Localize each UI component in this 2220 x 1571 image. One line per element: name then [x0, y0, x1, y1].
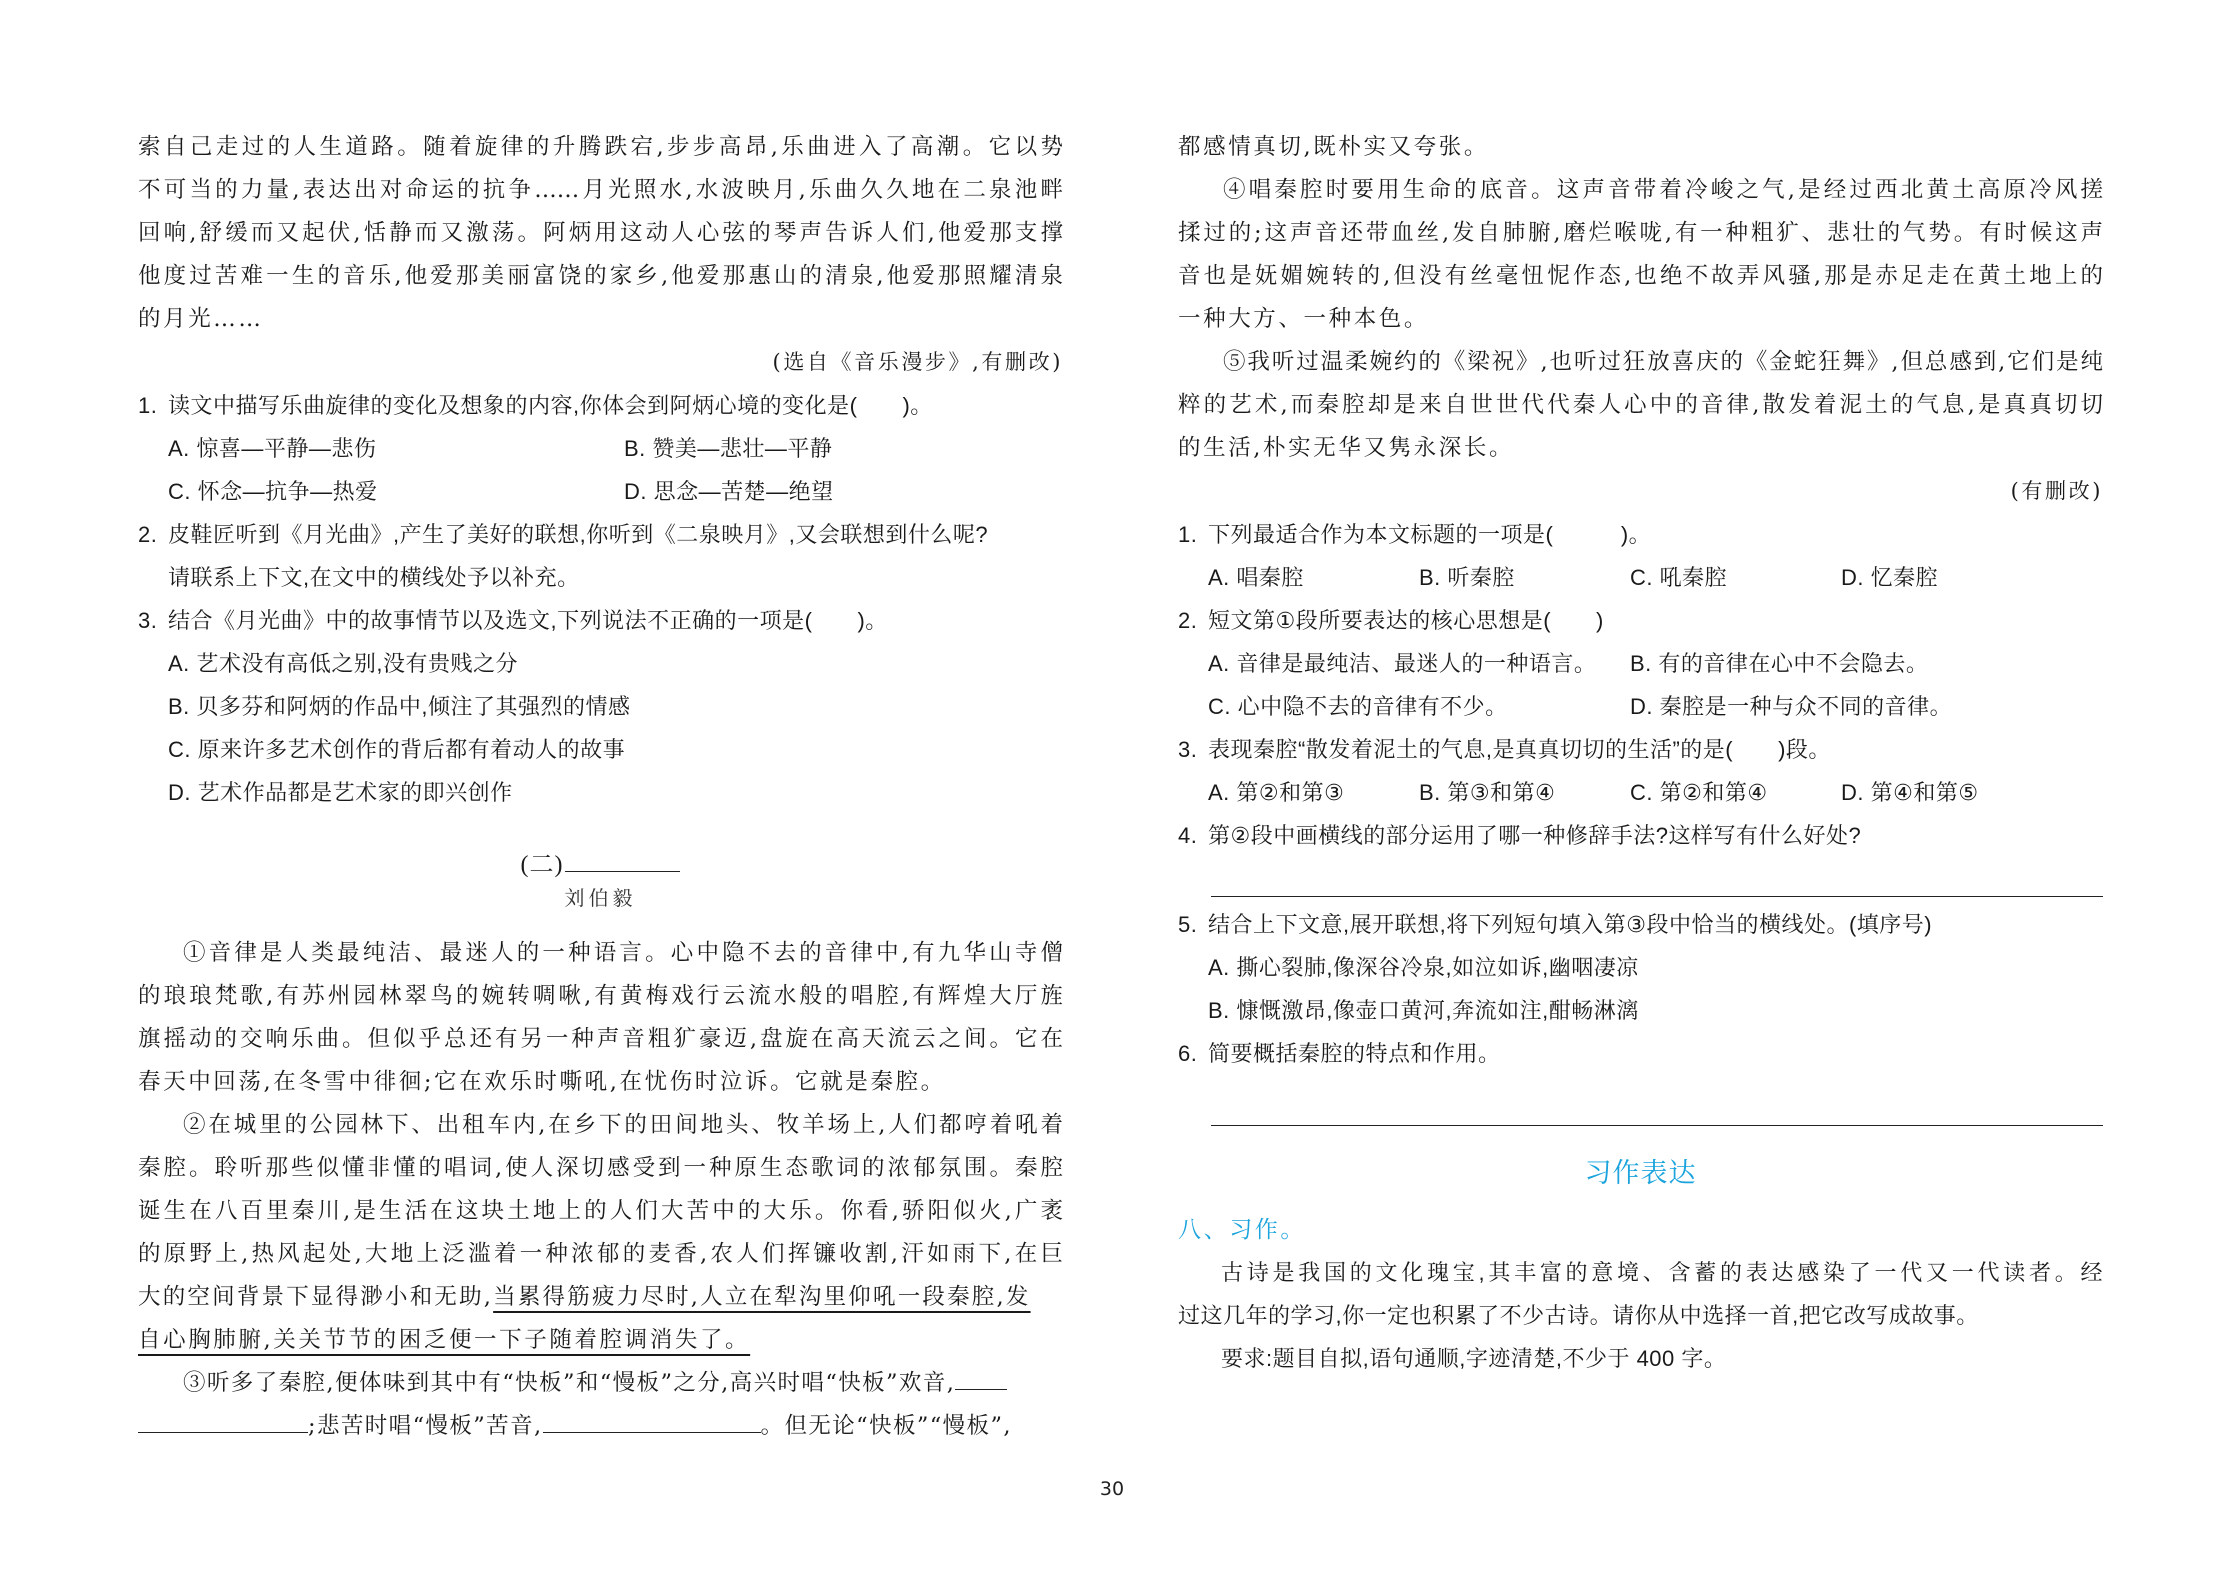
question-text: 下列最适合作为本文标题的一项是( )。 [1208, 522, 1651, 547]
paragraph-2-line: 的原野上,热风起处,大地上泛滥着一种浓郁的麦香,农人们挥镰收割,汗如雨下,在巨 [138, 1233, 1063, 1276]
question-5: 5.结合上下文意,展开联想,将下列短句填入第③段中恰当的横线处。(填序号) [1178, 903, 2103, 946]
passage-line: 回响,舒缓而又起伏,恬静而又激荡。阿炳用这动人心弦的琴声告诉人们,他爱那支撑 [138, 212, 1063, 255]
option-a[interactable]: A. 第②和第③ [1208, 771, 1419, 814]
source-citation: (选自《音乐漫步》,有删改) [138, 341, 1063, 384]
paragraph-5-line: ⑤我听过温柔婉约的《梁祝》,也听过狂放喜庆的《金蛇狂舞》,但总感到,它们是纯 [1178, 341, 2103, 384]
option-a[interactable]: A. 艺术没有高低之别,没有贵贱之分 [138, 642, 1063, 685]
paragraph-2-line: 诞生在八百里秦川,是生活在这块土地上的人们大苦中的大乐。你看,骄阳似火,广袤 [138, 1190, 1063, 1233]
option-c[interactable]: C. 原来许多艺术创作的背后都有着动人的故事 [138, 728, 1063, 771]
section-number: (二) [521, 852, 564, 878]
paragraph-4-line: 一种大方、一种本色。 [1178, 298, 2103, 341]
option-b[interactable]: B. 听秦腔 [1419, 556, 1630, 599]
option-c[interactable]: C. 吼秦腔 [1630, 556, 1841, 599]
question-text: 皮鞋匠听到《月光曲》,产生了美好的联想,你听到《二泉映月》,又会联想到什么呢? [168, 522, 988, 547]
options-row: A. 第②和第③ B. 第③和第④ C. 第②和第④ D. 第④和第⑤ [1178, 771, 2103, 814]
option-a[interactable]: A. 音律是最纯洁、最迷人的一种语言。 [1208, 642, 1630, 685]
question-2: 2.皮鞋匠听到《月光曲》,产生了美好的联想,你听到《二泉映月》,又会联想到什么呢… [138, 513, 1063, 556]
paragraph-5-line: 粹的艺术,而秦腔却是来自世世代代秦人心中的音律,散发着泥土的气息,是真真切切 [1178, 384, 2103, 427]
option-c[interactable]: C. 怀念—抗争—热爱 [168, 470, 624, 513]
option-a[interactable]: A. 唱秦腔 [1208, 556, 1419, 599]
author-name: 刘伯毅 [138, 880, 1063, 932]
writing-task-label: 八、习作。 [1178, 1208, 2103, 1251]
paragraph-4-line: 音也是妩媚婉转的,但没有丝毫忸怩作态,也绝不故弄风骚,那是赤足走在黄土地上的 [1178, 255, 2103, 298]
question-2: 2.短文第①段所要表达的核心思想是( ) [1178, 599, 2103, 642]
option-b[interactable]: B. 贝多芬和阿炳的作品中,倾注了其强烈的情感 [138, 685, 1063, 728]
left-column: 索自己走过的人生道路。随着旋律的升腾跌宕,步步高昂,乐曲进入了高潮。它以势 不可… [138, 126, 1063, 1448]
source-citation: (有删改) [1178, 470, 2103, 513]
question-6: 6.简要概括秦腔的特点和作用。 [1178, 1032, 2103, 1075]
question-3: 3.表现秦腔“散发着泥土的气息,是真真切切的生活”的是( )段。 [1178, 728, 2103, 771]
paragraph-4-line: ④唱秦腔时要用生命的底音。这声音带着冷峻之气,是经过西北黄土高原冷风搓 [1178, 169, 2103, 212]
option-a[interactable]: A. 惊喜—平静—悲伤 [168, 427, 624, 470]
option-d[interactable]: D. 秦腔是一种与众不同的音律。 [1630, 685, 1952, 728]
fill-blank-1b[interactable] [138, 1406, 308, 1433]
question-text: 读文中描写乐曲旋律的变化及想象的内容,你体会到阿炳心境的变化是( )。 [168, 393, 933, 418]
paragraph-2-line: 秦腔。聆听那些似懂非懂的唱词,使人深切感受到一种原生态歌词的浓郁氛围。秦腔 [138, 1147, 1063, 1190]
option-d[interactable]: D. 思念—苦楚—绝望 [624, 470, 834, 513]
paragraph-1-line: 春天中回荡,在冬雪中徘徊;它在欢乐时嘶吼,在忧伤时泣诉。它就是秦腔。 [138, 1061, 1063, 1104]
options-row: A. 音律是最纯洁、最迷人的一种语言。 B. 有的音律在心中不会隐去。 [1178, 642, 2103, 685]
question-4: 4.第②段中画横线的部分运用了哪一种修辞手法?这样写有什么好处? [1178, 814, 2103, 857]
question-text: 结合《月光曲》中的故事情节以及选文,下列说法不正确的一项是( )。 [168, 608, 888, 633]
section-heading-writing: 习作表达 [1178, 1154, 2103, 1208]
option-a[interactable]: A. 撕心裂肺,像深谷冷泉,如泣如诉,幽咽凄凉 [1178, 946, 2103, 989]
writing-prompt-line: 过这几年的学习,你一定也积累了不少古诗。请你从中选择一首,把它改写成故事。 [1178, 1294, 2103, 1337]
question-1: 1.读文中描写乐曲旋律的变化及想象的内容,你体会到阿炳心境的变化是( )。 [138, 384, 1063, 427]
underlined-sentence: 当累得筋疲力尽时,人立在犁沟里仰吼一段秦腔,发 [493, 1284, 1030, 1310]
question-text: 简要概括秦腔的特点和作用。 [1208, 1041, 1501, 1066]
passage-line: 他度过苦难一生的音乐,他爱那美丽富饶的家乡,他爱那惠山的清泉,他爱那照耀清泉 [138, 255, 1063, 298]
paragraph-3-tail: 都感情真切,既朴实又夸张。 [1178, 126, 2103, 169]
paragraph-5-line: 的生活,朴实无华又隽永深长。 [1178, 427, 2103, 470]
option-c[interactable]: C. 心中隐不去的音律有不少。 [1208, 685, 1630, 728]
question-2-continued: 请联系上下文,在文中的横线处予以补充。 [138, 556, 1063, 599]
writing-prompt-line: 古诗是我国的文化瑰宝,其丰富的意境、含蓄的表达感染了一代又一代读者。经 [1178, 1251, 2103, 1294]
paragraph-2-line: ②在城里的公园林下、出租车内,在乡下的田间地头、牧羊场上,人们都哼着吼着 [138, 1104, 1063, 1147]
page-number: 30 [1097, 1478, 1127, 1500]
options-row: A. 唱秦腔 B. 听秦腔 C. 吼秦腔 D. 忆秦腔 [1178, 556, 2103, 599]
paragraph-3-line: ③听多了秦腔,便体味到其中有“快板”和“慢板”之分,高兴时唱“快板”欢音, [138, 1362, 1063, 1405]
option-c[interactable]: C. 第②和第④ [1630, 771, 1841, 814]
passage-line: 的月光…… [138, 298, 1063, 341]
question-3: 3.结合《月光曲》中的故事情节以及选文,下列说法不正确的一项是( )。 [138, 599, 1063, 642]
question-text: 表现秦腔“散发着泥土的气息,是真真切切的生活”的是( )段。 [1208, 737, 1831, 762]
options-row: C. 怀念—抗争—热爱 D. 思念—苦楚—绝望 [138, 470, 1063, 513]
paragraph-2-line: 自心胸肺腑,关关节节的困乏便一下子随着腔调消失了。 [138, 1319, 1063, 1362]
paragraph-1-line: 的琅琅梵歌,有苏州园林翠鸟的婉转啁啾,有黄梅戏行云流水般的唱腔,有辉煌大厅旌 [138, 975, 1063, 1018]
option-d[interactable]: D. 忆秦腔 [1841, 556, 1938, 599]
paragraph-4-line: 揉过的;这声音还带血丝,发自肺腑,磨烂喉咙,有一种粗犷、悲壮的气势。有时候这声 [1178, 212, 2103, 255]
option-b[interactable]: B. 慷慨激昂,像壶口黄河,奔流如注,酣畅淋漓 [1178, 989, 2103, 1032]
option-b[interactable]: B. 有的音律在心中不会隐去。 [1630, 642, 1928, 685]
options-row: A. 惊喜—平静—悲伤 B. 赞美—悲壮—平静 [138, 427, 1063, 470]
question-text: 短文第①段所要表达的核心思想是( ) [1208, 608, 1604, 633]
passage-line: 不可当的力量,表达出对命运的抗争……月光照水,水波映月,乐曲久久地在二泉池畔 [138, 169, 1063, 212]
paragraph-3-line: ;悲苦时唱“慢板”苦音,。但无论“快板”“慢板”, [138, 1405, 1063, 1448]
option-b[interactable]: B. 赞美—悲壮—平静 [624, 427, 832, 470]
writing-requirements: 要求:题目自拟,语句通顺,字迹清楚,不少于 400 字。 [1178, 1337, 2103, 1380]
title-blank[interactable] [565, 847, 680, 872]
question-text: 结合上下文意,展开联想,将下列短句填入第③段中恰当的横线处。(填序号) [1208, 912, 1932, 937]
paragraph-1-line: 旗摇动的交响乐曲。但似乎总还有另一种声音粗犷豪迈,盘旋在高天流云之间。它在 [138, 1018, 1063, 1061]
question-text: 第②段中画横线的部分运用了哪一种修辞手法?这样写有什么好处? [1208, 823, 1861, 848]
options-row: C. 心中隐不去的音律有不少。 D. 秦腔是一种与众不同的音律。 [1178, 685, 2103, 728]
fill-blank-2[interactable] [543, 1406, 761, 1433]
option-d[interactable]: D. 艺术作品都是艺术家的即兴创作 [138, 771, 1063, 814]
passage-line: 索自己走过的人生道路。随着旋律的升腾跌宕,步步高昂,乐曲进入了高潮。它以势 [138, 126, 1063, 169]
underlined-sentence: 自心胸肺腑,关关节节的困乏便一下子随着腔调消失了。 [138, 1327, 750, 1353]
option-b[interactable]: B. 第③和第④ [1419, 771, 1630, 814]
paragraph-1-line: ①音律是人类最纯洁、最迷人的一种语言。心中隐不去的音律中,有九华山寺僧 [138, 932, 1063, 975]
section-title: (二) [138, 844, 1063, 880]
right-column: 都感情真切,既朴实又夸张。 ④唱秦腔时要用生命的底音。这声音带着冷峻之气,是经过… [1178, 126, 2103, 1380]
fill-blank-1a[interactable] [955, 1363, 1007, 1390]
question-1: 1.下列最适合作为本文标题的一项是( )。 [1178, 513, 2103, 556]
option-d[interactable]: D. 第④和第⑤ [1841, 771, 1979, 814]
paragraph-2-line: 大的空间背景下显得渺小和无助,当累得筋疲力尽时,人立在犁沟里仰吼一段秦腔,发 [138, 1276, 1063, 1319]
